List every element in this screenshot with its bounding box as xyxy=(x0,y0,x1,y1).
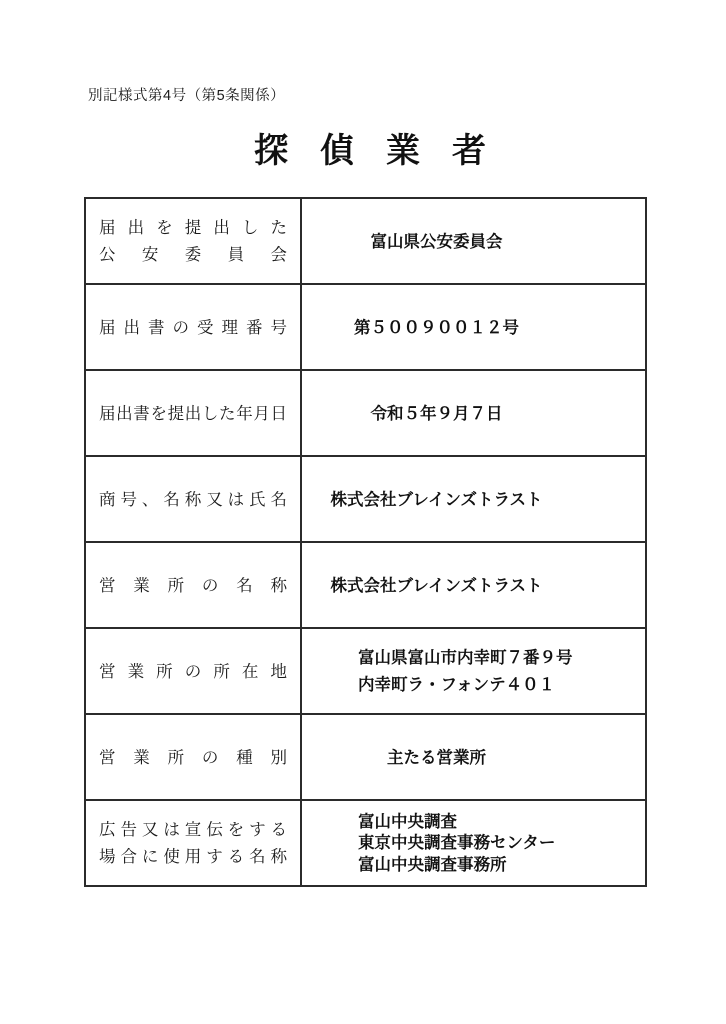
row-value-line: 富山県富山市内幸町７番９号 xyxy=(358,644,641,671)
row-value-line: 第５００９００１２号 xyxy=(306,314,567,341)
form-note: 別記様式第4号（第5条関係） xyxy=(88,84,285,105)
row-value: 株式会社ブレインズトラスト xyxy=(301,456,646,542)
row-value: 第５００９００１２号 xyxy=(301,284,646,370)
document-page: 別記様式第4号（第5条関係） 探偵業者 届出を提出した公安委員会富山県公安委員会… xyxy=(0,0,726,1024)
row-value: 富山県富山市内幸町７番９号内幸町ラ・フォンテ４０１ xyxy=(301,628,646,714)
row-label-line: 届出書の受理番号 xyxy=(99,314,287,341)
row-value-line: 富山中央調査事務所 xyxy=(358,854,641,876)
row-label: 営業所の所在地 xyxy=(85,628,301,714)
row-label: 営業所の種別 xyxy=(85,714,301,800)
row-label: 届出を提出した公安委員会 xyxy=(85,198,301,284)
row-value: 株式会社ブレインズトラスト xyxy=(301,542,646,628)
table-row: 届出書の受理番号第５００９００１２号 xyxy=(85,284,646,370)
row-value-line: 富山中央調査 xyxy=(358,811,641,833)
row-label: 届出書の受理番号 xyxy=(85,284,301,370)
table-row: 営業所の名称株式会社ブレインズトラスト xyxy=(85,542,646,628)
row-value-line: 株式会社ブレインズトラスト xyxy=(306,486,567,513)
row-label-line: 営業所の名称 xyxy=(99,572,287,599)
row-value: 富山県公安委員会 xyxy=(301,198,646,284)
row-value-line: 令和５年９月７日 xyxy=(306,400,567,427)
row-label: 届出書を提出した年月日 xyxy=(85,370,301,456)
table-row: 届出を提出した公安委員会富山県公安委員会 xyxy=(85,198,646,284)
row-label: 広告又は宣伝をする場合に使用する名称 xyxy=(85,800,301,886)
row-value-line: 東京中央調査事務センター xyxy=(358,832,641,854)
table-row: 営業所の所在地富山県富山市内幸町７番９号内幸町ラ・フォンテ４０１ xyxy=(85,628,646,714)
row-value: 富山中央調査東京中央調査事務センター富山中央調査事務所 xyxy=(301,800,646,886)
row-label-line: 広告又は宣伝をする xyxy=(99,816,287,843)
row-value-line: 株式会社ブレインズトラスト xyxy=(306,572,567,599)
row-label-line: 営業所の種別 xyxy=(99,744,287,771)
row-label-line: 届出書を提出した年月日 xyxy=(99,400,287,427)
row-label-line: 営業所の所在地 xyxy=(99,658,287,685)
table-body: 届出を提出した公安委員会富山県公安委員会届出書の受理番号第５００９００１２号届出… xyxy=(85,198,646,886)
table-row: 広告又は宣伝をする場合に使用する名称富山中央調査東京中央調査事務センター富山中央… xyxy=(85,800,646,886)
row-value-line: 富山県公安委員会 xyxy=(306,228,567,255)
detective-registry-table: 届出を提出した公安委員会富山県公安委員会届出書の受理番号第５００９００１２号届出… xyxy=(84,197,647,887)
table-row: 届出書を提出した年月日令和５年９月７日 xyxy=(85,370,646,456)
row-label-line: 届出を提出した xyxy=(99,214,287,241)
row-label: 商号、名称又は氏名 xyxy=(85,456,301,542)
table-row: 商号、名称又は氏名株式会社ブレインズトラスト xyxy=(85,456,646,542)
row-value: 令和５年９月７日 xyxy=(301,370,646,456)
row-label-line: 商号、名称又は氏名 xyxy=(99,486,287,513)
page-title: 探偵業者 xyxy=(0,131,726,171)
row-value-line: 主たる営業所 xyxy=(306,744,567,771)
row-label-line: 場合に使用する名称 xyxy=(99,843,287,870)
row-label: 営業所の名称 xyxy=(85,542,301,628)
row-value: 主たる営業所 xyxy=(301,714,646,800)
row-value-line: 内幸町ラ・フォンテ４０１ xyxy=(358,671,641,698)
table-row: 営業所の種別主たる営業所 xyxy=(85,714,646,800)
row-label-line: 公安委員会 xyxy=(99,241,287,268)
